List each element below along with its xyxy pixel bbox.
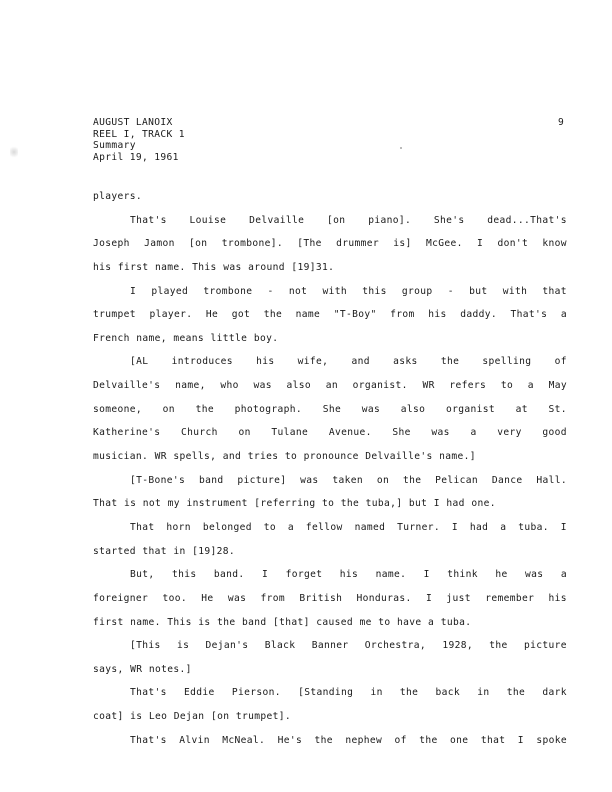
word: player.: [149, 308, 192, 332]
word: That's: [511, 308, 548, 332]
word: That's: [130, 214, 167, 238]
word: me: [360, 616, 372, 640]
word: [that]: [273, 616, 310, 640]
text-line: That'sAlvinMcNeal.He'sthenephewoftheonet…: [93, 734, 567, 758]
word: Tulane: [271, 426, 308, 450]
word: an: [326, 379, 338, 403]
word: introduces: [172, 355, 233, 379]
word: to: [501, 379, 513, 403]
word: someone,: [93, 403, 142, 427]
document-type: Summary: [93, 140, 185, 152]
word: on: [377, 474, 389, 498]
transcript-body: players.That'sLouiseDelvaille[onpiano].S…: [93, 190, 567, 757]
word: Dance: [492, 474, 523, 498]
word: got: [232, 308, 250, 332]
word: Alvin: [179, 734, 210, 758]
word: Jamon: [144, 237, 175, 261]
word: spells,: [173, 450, 216, 474]
word: drummer: [336, 237, 379, 261]
word: McGee.: [426, 237, 463, 261]
word: his: [256, 355, 274, 379]
word: a: [500, 521, 506, 545]
paragraph: players.: [93, 190, 567, 214]
word: WR: [422, 379, 434, 403]
text-line: coat]isLeoDejan[ontrumpet].: [93, 710, 567, 734]
word: trombone: [203, 285, 252, 309]
word: I: [426, 592, 432, 616]
word: Turner.: [397, 521, 440, 545]
word: one: [450, 734, 468, 758]
word: belonged: [203, 521, 252, 545]
text-line: trumpetplayer.Hegotthename"T-Boy"fromhis…: [93, 308, 567, 332]
word: Pelican: [435, 474, 478, 498]
word: the: [400, 686, 418, 710]
text-line: [T-Bone'sbandpicture]wastakenonthePelica…: [93, 474, 567, 498]
text-line: firstname.Thisistheband[that]causedmetoh…: [93, 616, 567, 640]
word: that: [481, 734, 506, 758]
word: from: [390, 308, 415, 332]
word: trumpet: [93, 308, 136, 332]
word: [Standing: [298, 686, 353, 710]
word: boy.: [254, 332, 279, 356]
word: Delvaille: [249, 214, 304, 238]
word: the: [196, 403, 214, 427]
word: Joseph: [93, 237, 130, 261]
word: He: [201, 592, 213, 616]
document-header: AUGUST LANOIX REEL I, TRACK 1 Summary Ap…: [93, 117, 185, 163]
text-line: musician.WRspells,andtriestopronounceDel…: [93, 450, 567, 474]
word: tuba.: [518, 521, 549, 545]
word: name.: [376, 568, 407, 592]
word: had: [470, 521, 488, 545]
word: that: [542, 285, 567, 309]
word: tries: [248, 450, 279, 474]
word: WR: [155, 450, 167, 474]
word: group: [402, 285, 433, 309]
word: Dejan: [174, 710, 205, 734]
text-line: Thatisnotmyinstrument[referringtothetuba…: [93, 497, 567, 521]
word: but: [469, 285, 487, 309]
word: named: [355, 521, 386, 545]
word: Avenue.: [329, 426, 372, 450]
word: I: [477, 237, 483, 261]
word: the: [489, 639, 507, 663]
word: picture: [524, 639, 567, 663]
word: Katherine's: [93, 426, 160, 450]
word: nephew: [345, 734, 382, 758]
word: name.: [130, 616, 161, 640]
word: spoke: [536, 734, 567, 758]
word: the: [403, 474, 421, 498]
text-line: Frenchname,meanslittleboy.: [93, 332, 567, 356]
word: a: [428, 616, 434, 640]
word: Honduras.: [357, 592, 412, 616]
word: one.: [471, 497, 496, 521]
word: means: [173, 332, 204, 356]
text-line: But,thisband.Iforgethisname.Ithinkhewasa: [93, 568, 567, 592]
word: have: [397, 616, 422, 640]
word: British: [299, 592, 342, 616]
word: She's: [434, 214, 465, 238]
word: He: [206, 308, 218, 332]
word: "T-Boy": [334, 308, 377, 332]
word: my: [168, 497, 180, 521]
word: trombone].: [222, 237, 283, 261]
word: the: [315, 734, 333, 758]
word: wife,: [298, 355, 329, 379]
text-line: [ThisisDejan'sBlackBannerOrchestra,1928,…: [93, 639, 567, 663]
word: to: [378, 616, 390, 640]
word: started: [93, 545, 136, 569]
word: just: [446, 592, 471, 616]
word: and: [352, 355, 370, 379]
text-line: ThathornbelongedtoafellownamedTurner.Iha…: [93, 521, 567, 545]
word: this: [172, 568, 197, 592]
word: on: [238, 426, 250, 450]
scan-speck: [400, 147, 402, 149]
word: -: [448, 285, 454, 309]
word: first: [93, 616, 124, 640]
word: That: [130, 521, 155, 545]
word: coat]: [93, 710, 124, 734]
word: first: [118, 261, 149, 285]
word: I: [518, 734, 524, 758]
text-line: says,WRnotes.]: [93, 663, 567, 687]
word: in: [370, 686, 382, 710]
paragraph: Iplayedtrombone-notwiththisgroup-butwith…: [93, 285, 567, 356]
word: But,: [130, 568, 155, 592]
word: name,: [136, 332, 167, 356]
word: That's: [130, 686, 167, 710]
word: and: [223, 450, 241, 474]
word: band: [242, 616, 267, 640]
word: a: [288, 521, 294, 545]
paragraph: That'sEddiePierson.[Standinginthebackint…: [93, 686, 567, 733]
word: a: [470, 426, 476, 450]
word: picture]: [237, 474, 286, 498]
word: in: [477, 686, 489, 710]
text-line: foreignertoo.HewasfromBritishHonduras.Ij…: [93, 592, 567, 616]
word: of: [395, 734, 407, 758]
word: his: [549, 592, 567, 616]
word: the: [419, 734, 437, 758]
text-line: startedthatin[19]28.: [93, 545, 567, 569]
word: [19]28.: [192, 545, 235, 569]
word: name,: [175, 379, 206, 403]
word: Pierson.: [232, 686, 281, 710]
word: who: [220, 379, 238, 403]
word: very: [497, 426, 522, 450]
word: That's: [130, 734, 167, 758]
word: Banner: [312, 639, 349, 663]
word: that: [142, 545, 167, 569]
word: he: [495, 568, 507, 592]
reel-track: REEL I, TRACK 1: [93, 129, 185, 141]
word: refers: [449, 379, 486, 403]
word: players.: [93, 190, 142, 214]
word: instrument: [186, 497, 247, 521]
word: the: [217, 616, 235, 640]
word: band.: [214, 568, 245, 592]
word: the: [507, 686, 525, 710]
word: on: [163, 403, 175, 427]
word: too.: [162, 592, 187, 616]
text-line: someone,onthephotograph.Shewasalsoorgani…: [93, 403, 567, 427]
word: don't: [497, 237, 528, 261]
word: [referring: [254, 497, 315, 521]
word: [19]31.: [291, 261, 334, 285]
word: WR: [130, 663, 142, 687]
word: with: [322, 285, 347, 309]
word: [The: [297, 237, 322, 261]
word: notes.]: [149, 663, 192, 687]
word: photograph.: [235, 403, 302, 427]
paragraph: But,thisband.Iforgethisname.Ithinkhewasa…: [93, 568, 567, 639]
word: is: [130, 710, 142, 734]
interview-date: April 19, 1961: [93, 152, 185, 164]
word: a: [528, 379, 534, 403]
text-line: [ALintroduceshiswife,andasksthespellingo…: [93, 355, 567, 379]
word: is: [198, 616, 210, 640]
paragraph: [ALintroduceshiswife,andasksthespellingo…: [93, 355, 567, 473]
word: fellow: [306, 521, 343, 545]
word: musician.: [93, 450, 148, 474]
word: is: [177, 639, 189, 663]
word: Church: [181, 426, 218, 450]
paragraph: [T-Bone'sbandpicture]wastakenonthePelica…: [93, 474, 567, 521]
word: around: [248, 261, 285, 285]
word: back: [436, 686, 461, 710]
word: She: [323, 403, 341, 427]
word: with: [503, 285, 528, 309]
word: a: [561, 568, 567, 592]
word: I: [130, 285, 136, 309]
word: also: [401, 403, 426, 427]
word: St.: [549, 403, 567, 427]
word: to: [322, 497, 334, 521]
text-line: Delvaille'sname,whowasalsoanorganist.WRr…: [93, 379, 567, 403]
word: McNeal.: [222, 734, 265, 758]
word: Orchestra,: [365, 639, 426, 663]
text-line: players.: [93, 190, 567, 214]
paragraph: That'sLouiseDelvaille[onpiano].She'sdead…: [93, 214, 567, 285]
word: I: [452, 521, 458, 545]
word: Eddie: [184, 686, 215, 710]
word: asks: [393, 355, 418, 379]
word: -: [268, 285, 274, 309]
word: forget: [286, 568, 323, 592]
word: but: [409, 497, 427, 521]
word: good: [542, 426, 567, 450]
word: trumpet].: [236, 710, 291, 734]
word: remember: [485, 592, 534, 616]
word: pronounce: [304, 450, 359, 474]
interviewee-name: AUGUST LANOIX: [93, 117, 185, 129]
word: to: [264, 521, 276, 545]
word: I: [424, 568, 430, 592]
word: French: [93, 332, 130, 356]
word: the: [341, 497, 359, 521]
word: daddy.: [460, 308, 497, 332]
word: spelling: [482, 355, 531, 379]
text-line: That'sLouiseDelvaille[onpiano].She'sdead…: [93, 214, 567, 238]
word: [on: [211, 710, 229, 734]
word: his: [340, 568, 358, 592]
word: I: [434, 497, 440, 521]
text-line: Katherine'sChurchonTulaneAvenue.Shewasav…: [93, 426, 567, 450]
word: was: [362, 403, 380, 427]
word: was: [223, 261, 241, 285]
word: May: [549, 379, 567, 403]
word: his: [428, 308, 446, 332]
word: little: [211, 332, 248, 356]
page-number: 9: [558, 117, 564, 128]
margin-smudge: [10, 145, 18, 159]
word: piano].: [368, 214, 411, 238]
word: is: [124, 497, 136, 521]
word: [T-Bone's: [130, 474, 185, 498]
document-page: AUGUST LANOIX REEL I, TRACK 1 Summary Ap…: [0, 0, 612, 792]
word: is]: [393, 237, 411, 261]
word: think: [447, 568, 478, 592]
word: of: [555, 355, 567, 379]
word: [on: [189, 237, 207, 261]
word: organist: [446, 403, 495, 427]
word: organist.: [353, 379, 408, 403]
word: in: [173, 545, 185, 569]
word: horn: [166, 521, 191, 545]
word: to: [285, 450, 297, 474]
paragraph: [ThisisDejan'sBlackBannerOrchestra,1928,…: [93, 639, 567, 686]
word: the: [264, 308, 282, 332]
word: dark: [542, 686, 567, 710]
word: Black: [265, 639, 296, 663]
paragraph: ThathornbelongedtoafellownamedTurner.Iha…: [93, 521, 567, 568]
word: She: [392, 426, 410, 450]
word: [This: [130, 639, 161, 663]
word: tuba.: [441, 616, 472, 640]
text-line: That'sEddiePierson.[Standinginthebackint…: [93, 686, 567, 710]
word: Delvaille's: [93, 379, 160, 403]
word: was: [431, 426, 449, 450]
word: was: [253, 379, 271, 403]
word: the: [441, 355, 459, 379]
word: also: [287, 379, 312, 403]
word: name.]: [439, 450, 476, 474]
word: caused: [316, 616, 353, 640]
word: [on: [327, 214, 345, 238]
word: was: [300, 474, 318, 498]
word: not: [143, 497, 161, 521]
word: I: [262, 568, 268, 592]
word: This: [192, 261, 217, 285]
word: says,: [93, 663, 124, 687]
word: not: [289, 285, 307, 309]
word: his: [93, 261, 111, 285]
word: at: [516, 403, 528, 427]
word: That: [93, 497, 118, 521]
word: foreigner: [93, 592, 148, 616]
paragraph: That'sAlvinMcNeal.He'sthenephewoftheonet…: [93, 734, 567, 758]
word: This: [167, 616, 192, 640]
word: was: [525, 568, 543, 592]
word: Leo: [149, 710, 167, 734]
text-line: Iplayedtrombone-notwiththisgroup-butwith…: [93, 285, 567, 309]
word: a: [561, 308, 567, 332]
word: band: [199, 474, 224, 498]
word: Delvaille's: [365, 450, 432, 474]
word: name: [296, 308, 321, 332]
word: from: [261, 592, 286, 616]
word: [AL: [130, 355, 148, 379]
word: He's: [278, 734, 303, 758]
word: tuba,]: [366, 497, 403, 521]
word: Hall.: [536, 474, 567, 498]
word: this: [362, 285, 387, 309]
word: had: [446, 497, 464, 521]
word: I: [561, 521, 567, 545]
word: Louise: [190, 214, 227, 238]
word: played: [151, 285, 188, 309]
word: dead...That's: [487, 214, 567, 238]
word: Dejan's: [206, 639, 249, 663]
text-line: JosephJamon[ontrombone].[Thedrummeris]Mc…: [93, 237, 567, 261]
text-line: hisfirstname.Thiswasaround[19]31.: [93, 261, 567, 285]
word: know: [542, 237, 567, 261]
word: taken: [332, 474, 363, 498]
word: 1928,: [442, 639, 473, 663]
word: name.: [155, 261, 186, 285]
word: was: [228, 592, 246, 616]
